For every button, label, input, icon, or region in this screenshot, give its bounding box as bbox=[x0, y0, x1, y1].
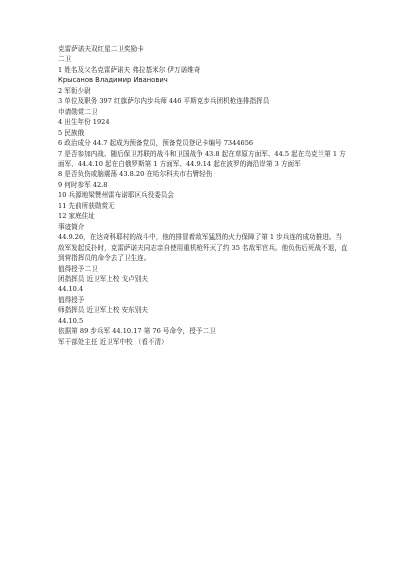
field-name: 1 姓名及父名克雷萨诺夫 弗拉基米尔 伊万诺维奇 bbox=[58, 65, 348, 75]
field-rank: 2 军衔少尉 bbox=[58, 86, 348, 96]
award-header: 二卫 bbox=[58, 54, 348, 64]
summary-heading: 事迹简介 bbox=[58, 222, 348, 232]
recommendation-date: 44.10.4 bbox=[58, 284, 348, 294]
field-nationality: 5 民族俄 bbox=[58, 128, 348, 138]
summary-text: 44.9.26，在达奇科耶村的战斗中，他的排冒着敌军猛烈的火力保障了第 1 步兵… bbox=[58, 232, 348, 263]
field-war-participation: 7 是否参加内战、随后保卫苏联的战斗和卫国战争 43.8 起在草原方面军、44.… bbox=[58, 149, 348, 170]
field-previous-awards: 11 先前所获勋赏无 bbox=[58, 201, 348, 211]
field-unit: 3 单位及职务 397 红旗萨尔内步兵师 446 平斯克步兵团机枪连排指挥员 bbox=[58, 96, 348, 106]
final-signer: 军干部处主任 近卫军中校 （看不清） bbox=[58, 337, 348, 347]
document-title: 克雷萨诺夫双红星二卫奖励卡 bbox=[58, 44, 348, 54]
recommendation-signer: 团指挥员 近卫军上校 戈卢别夫 bbox=[58, 274, 348, 284]
field-award-request: 申请勋赏二卫 bbox=[58, 107, 348, 117]
award-card-document: 克雷萨诺夫双红星二卫奖励卡 二卫 1 姓名及父名克雷萨诺夫 弗拉基米尔 伊万诺维… bbox=[58, 44, 348, 347]
field-name-russian: Крысанов Владимир Иванович bbox=[58, 75, 348, 85]
order-text: 依据第 89 步兵军 44.10.17 第 76 号命令，授予二卫 bbox=[58, 326, 348, 336]
recommendation-signer: 师指挥员 近卫军上校 安东别夫 bbox=[58, 305, 348, 315]
recommendation-heading: 值得授予 bbox=[58, 295, 348, 305]
field-home-address: 12 家庭住址 bbox=[58, 211, 348, 221]
recommendation-date: 44.10.5 bbox=[58, 316, 348, 326]
field-birth-year: 4 出生年份 1924 bbox=[58, 117, 348, 127]
field-party: 6 政治成分 44.7 起成为预备党员，预备党员登记卡编号 7344656 bbox=[58, 138, 348, 148]
recommendation-heading: 值得授予二卫 bbox=[58, 264, 348, 274]
field-enlistment: 9 何时参军 42.8 bbox=[58, 180, 348, 190]
field-draft-office: 10 兵源地梁赞州雷布诺耶区兵役委员会 bbox=[58, 190, 348, 200]
field-wounds: 8 是否负伤或脑震荡 43.8.20 在哈尔科夫市右臂轻伤 bbox=[58, 169, 348, 179]
